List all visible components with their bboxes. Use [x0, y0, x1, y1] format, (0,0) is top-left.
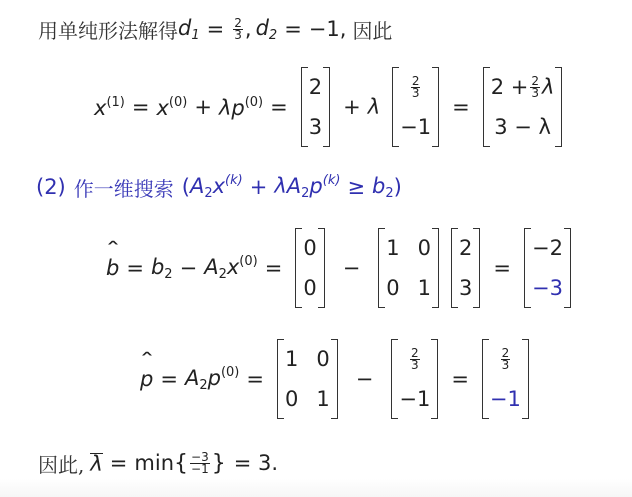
vector-p0: 23 −1 — [391, 339, 438, 419]
vector-p-hat-result: 23 −1 — [482, 339, 529, 419]
vector-cell: −1 — [400, 108, 431, 146]
term-A2p0: A2p(0) — [185, 365, 239, 393]
step2-heading: (2) 作一维搜索 ( A2x(k) + λA2p(k) ≥ b2 ) — [36, 172, 402, 202]
equals-sign: = — [126, 256, 144, 280]
equation-p-hat: p = A2p(0) = 10 01 − 23 −1 = 23 −1 — [140, 337, 535, 421]
var-d2: d2 — [256, 16, 278, 43]
minus-sign: − — [343, 256, 361, 280]
value-neg-one: −1, — [309, 17, 347, 41]
step-number: (2) — [36, 175, 66, 199]
matrix-cell: 1 — [386, 229, 399, 267]
var-x0: x(0) — [156, 95, 187, 120]
equals-sign: = — [452, 95, 470, 119]
conclusion-line: 因此, λ = min { −3−1 } = 3. — [38, 447, 278, 479]
matrix-cell: 1 — [285, 340, 298, 378]
fraction-two-thirds: 23 — [411, 76, 421, 99]
fraction-two-thirds: 23 — [501, 348, 511, 371]
plus-sign: + — [194, 95, 212, 119]
equation-x1: x(1) = x(0) + λp(0) = 23 + λ 23 −1 = 2 +… — [94, 65, 568, 149]
min-operator: min — [134, 451, 174, 475]
equation-b-hat: b = b2 − A2x(0) = 00 − 10 01 23 = −2−3 — [106, 226, 577, 310]
vector-cell: 3 − λ — [494, 108, 551, 146]
vector-cell: −1 — [399, 380, 430, 418]
vector-p0: 23 −1 — [392, 67, 439, 147]
text-line-search: 作一维搜索 — [74, 173, 174, 202]
vector-cell: 2 — [309, 68, 322, 106]
vector-cell: 2 +23λ — [491, 68, 555, 106]
equals-sign: = — [132, 95, 150, 119]
equals-sign: = — [493, 256, 511, 280]
var-lambda-bar: λ — [90, 453, 102, 474]
vector-cell: 3 — [309, 108, 322, 146]
paren-open: ( — [182, 175, 190, 199]
matrix-cell: 1 — [418, 269, 431, 307]
paren-close: ) — [394, 175, 402, 199]
minus-sign: − — [356, 367, 374, 391]
matrix-cell: 0 — [285, 380, 298, 418]
plus-sign: + — [250, 175, 268, 199]
brace-close: } — [212, 451, 226, 476]
lambda-p0: λp(0) — [219, 95, 263, 120]
comma: , — [245, 17, 252, 41]
equals-sign: = — [207, 17, 225, 41]
matrix-A2: 10 01 — [378, 228, 439, 308]
text-therefore: 因此 — [352, 15, 392, 44]
equals-sign: = — [246, 367, 264, 391]
matrix-cell: 1 — [316, 380, 329, 418]
vector-b2: 00 — [295, 228, 324, 308]
var-b-hat: b — [106, 256, 119, 280]
fraction-two-thirds: 23 — [233, 18, 243, 41]
brace-open: { — [174, 451, 188, 476]
var-p-hat: p — [140, 367, 153, 391]
vector-cell: 3 — [459, 269, 472, 307]
equals-sign: = — [110, 451, 128, 475]
vector-x0: 23 — [451, 228, 480, 308]
equals-sign: = — [451, 367, 469, 391]
matrix-A2: 10 01 — [277, 339, 338, 419]
text-therefore: 因此, — [38, 449, 84, 478]
vector-x0: 23 — [301, 67, 330, 147]
lambda: λ — [368, 95, 380, 119]
vector-cell: 2 — [459, 229, 472, 267]
line-solution-d: 用单纯形法解得 d1 = 23 , d2 = −1, 因此 — [38, 14, 392, 44]
equals-sign: = — [284, 17, 302, 41]
matrix-cell: 0 — [316, 340, 329, 378]
var-d1: d1 — [178, 16, 200, 43]
var-x1: x(1) — [94, 95, 125, 120]
term-A2x0: A2x(0) — [204, 254, 258, 282]
result-value: = 3. — [234, 451, 278, 475]
vector-cell: 0 — [303, 229, 316, 267]
vector-result-x1: 2 +23λ 3 − λ — [483, 67, 563, 147]
vector-cell-highlighted: −3 — [532, 269, 563, 307]
equals-sign: = — [160, 367, 178, 391]
matrix-cell: 0 — [386, 269, 399, 307]
equals-sign: = — [265, 256, 283, 280]
vector-cell-highlighted: −1 — [490, 380, 521, 418]
bottom-shadow — [0, 479, 632, 497]
vector-cell: 0 — [303, 269, 316, 307]
plus-sign: + — [343, 95, 361, 119]
minus-sign: − — [180, 256, 198, 280]
var-b2: b2 — [151, 255, 173, 282]
vector-b-hat-result: −2−3 — [524, 228, 571, 308]
term-lambda-A2p: λA2p(k) — [274, 173, 340, 201]
fraction-two-thirds: 23 — [410, 348, 420, 371]
text-simplex-solve: 用单纯形法解得 — [38, 15, 178, 44]
term-A2x: A2x(k) — [190, 173, 243, 201]
fraction-ratio: −3−1 — [190, 452, 210, 475]
vector-cell: −2 — [532, 229, 563, 267]
equals-sign: = — [270, 95, 288, 119]
term-b2: b2 — [372, 174, 394, 201]
matrix-cell: 0 — [418, 229, 431, 267]
geq-sign: ≥ — [347, 175, 365, 199]
